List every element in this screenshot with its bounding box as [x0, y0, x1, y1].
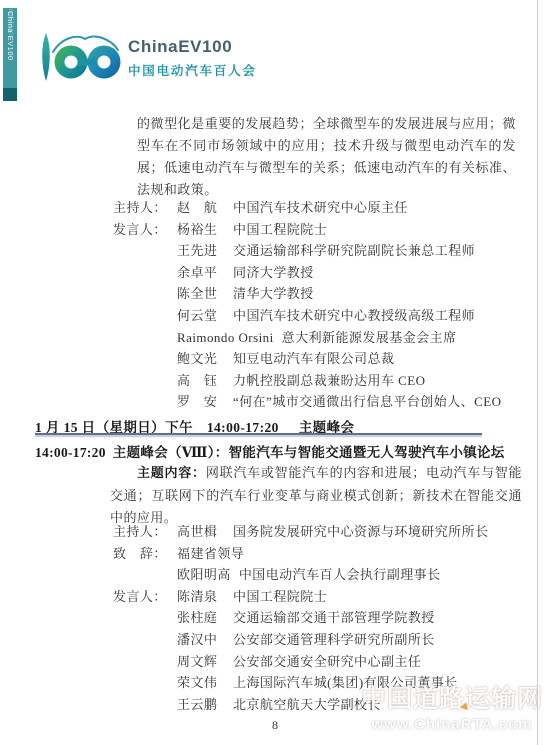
speaker-row: 王云鹏北京航空航天大学副校长 [113, 694, 489, 716]
speaker-title: 中国工程院院士 [233, 222, 327, 237]
page-number: 8 [0, 718, 550, 733]
speaker-row: 高 钰力帆控股副总裁兼盼达用车 CEO [113, 370, 501, 392]
role-label: 致 辞： [113, 543, 177, 565]
speaker-title: 中国汽车技术研究中心原主任 [233, 200, 408, 215]
speaker-name: 陈全世 [177, 283, 233, 305]
ev100-logo-mark-icon [38, 31, 126, 83]
speaker-title: 国务院发展研究中心资源与环境研究所所长 [233, 524, 489, 539]
speaker-name: 王先进 [177, 240, 233, 262]
session-title: 主题峰会（Ⅷ）：智能汽车与智能交通暨无人驾驶汽车小镇论坛 [113, 445, 505, 460]
speaker-title: 交通运输部科学研究院副院长兼总工程师 [233, 243, 475, 258]
speaker-title: 知豆电动汽车有限公司总裁 [233, 351, 394, 366]
speaker-row: 主持人：赵 航中国汽车技术研究中心原主任 [113, 197, 501, 219]
role-label: 发言人： [113, 219, 177, 241]
speaker-name: 陈清泉 [177, 586, 233, 608]
speaker-name: 福建省领导 [177, 543, 252, 565]
speaker-title: 公安部交通安全研究中心副主任 [233, 654, 421, 669]
day-header-rule [35, 433, 482, 435]
brand-text-cn: 中国电动汽车百人会 [128, 61, 257, 79]
intro-paragraph: 的微型化是重要的发展趋势；全球微型车的发展进展与应用；微型车在不同市场领域中的应… [137, 113, 516, 201]
session-time: 14:00-17:20 [35, 445, 106, 460]
speaker-title: 同济大学教授 [233, 265, 314, 280]
topic-paragraph: 主题内容：网联汽车或智能汽车的内容和进展；电动汽车与智能交通；互联网下的汽车行业… [110, 462, 522, 530]
speaker-title: 北京航空航天大学副校长 [233, 697, 381, 712]
speaker-title: 清华大学教授 [233, 286, 314, 301]
speaker-row: 致 辞：福建省领导 [113, 543, 489, 565]
speaker-row: 王先进交通运输部科学研究院副院长兼总工程师 [113, 240, 501, 262]
side-ribbon-foot [3, 88, 17, 101]
speaker-title: 中国工程院院士 [233, 589, 327, 604]
speaker-name: Raimondo Orsini [177, 327, 282, 349]
speaker-row: 潘汉中公安部交通管理科学研究所副所长 [113, 629, 489, 651]
speaker-title: 中国电动汽车百人会执行副理事长 [239, 567, 441, 582]
speaker-name: 罗 安 [177, 391, 233, 413]
speaker-row: 陈全世清华大学教授 [113, 283, 501, 305]
page-edge-line [537, 0, 538, 745]
speaker-name: 周文辉 [177, 651, 233, 673]
speaker-row: 主持人：高世楫国务院发展研究中心资源与环境研究所所长 [113, 521, 489, 543]
speaker-name: 王云鹏 [177, 694, 233, 716]
speaker-name: 余卓平 [177, 262, 233, 284]
speaker-name: 杨裕生 [177, 219, 233, 241]
speaker-name: 荣文伟 [177, 672, 233, 694]
speaker-title: 意大利新能源发展基金会主席 [282, 330, 457, 345]
speaker-name: 欧阳明高 [177, 564, 239, 586]
speaker-row: 荣文伟上海国际汽车城(集团)有限公司董事长 [113, 672, 489, 694]
prev-session-speaker-list: 主持人：赵 航中国汽车技术研究中心原主任 发言人：杨裕生中国工程院院士 王先进交… [113, 197, 501, 413]
speaker-row: 张柱庭交通运输部交通干部管理学院教授 [113, 607, 489, 629]
speaker-name: 潘汉中 [177, 629, 233, 651]
speaker-row: 发言人：陈清泉中国工程院院士 [113, 586, 489, 608]
speaker-row: 鲍文光知豆电动汽车有限公司总裁 [113, 348, 501, 370]
role-label: 主持人： [113, 197, 177, 219]
speaker-title: “何在”城市交通微出行信息平台创始人、CEO [233, 394, 501, 409]
speaker-title: 公安部交通管理科学研究所副所长 [233, 632, 435, 647]
speaker-title: 力帆控股副总裁兼盼达用车 CEO [233, 373, 425, 388]
speaker-row: 罗 安“何在”城市交通微出行信息平台创始人、CEO [113, 391, 501, 413]
session-header: 14:00-17:20主题峰会（Ⅷ）：智能汽车与智能交通暨无人驾驶汽车小镇论坛 [35, 441, 535, 461]
brand-text: ChinaEV100 [128, 37, 257, 57]
side-ribbon-text-faded: ChinaEV100 [3, 0, 17, 35]
speaker-name: 何云堂 [177, 305, 233, 327]
speaker-name: 赵 航 [177, 197, 233, 219]
speaker-name: 高世楫 [177, 521, 233, 543]
speaker-title: 中国汽车技术研究中心教授级高级工程师 [233, 308, 475, 323]
speaker-row: Raimondo Orsini意大利新能源发展基金会主席 [113, 327, 501, 349]
role-label: 主持人： [113, 521, 177, 543]
speaker-title: 交通运输部交通干部管理学院教授 [233, 610, 435, 625]
session-speaker-list: 主持人：高世楫国务院发展研究中心资源与环境研究所所长 致 辞：福建省领导 欧阳明… [113, 521, 489, 715]
speaker-row: 余卓平同济大学教授 [113, 262, 501, 284]
role-label: 发言人： [113, 586, 177, 608]
speaker-name: 高 钰 [177, 370, 233, 392]
speaker-title: 上海国际汽车城(集团)有限公司董事长 [233, 675, 458, 690]
side-ribbon: China EV100 ChinaEV100 [3, 8, 17, 88]
speaker-row: 欧阳明高中国电动汽车百人会执行副理事长 [113, 564, 489, 586]
speaker-row: 周文辉公安部交通安全研究中心副主任 [113, 651, 489, 673]
speaker-row: 发言人：杨裕生中国工程院院士 [113, 219, 501, 241]
ev100-logo: ChinaEV100 中国电动汽车百人会 [38, 31, 338, 83]
speaker-row: 何云堂中国汽车技术研究中心教授级高级工程师 [113, 305, 501, 327]
speaker-name: 张柱庭 [177, 607, 233, 629]
topic-label: 主题内容： [137, 465, 206, 480]
speaker-name: 鲍文光 [177, 348, 233, 370]
